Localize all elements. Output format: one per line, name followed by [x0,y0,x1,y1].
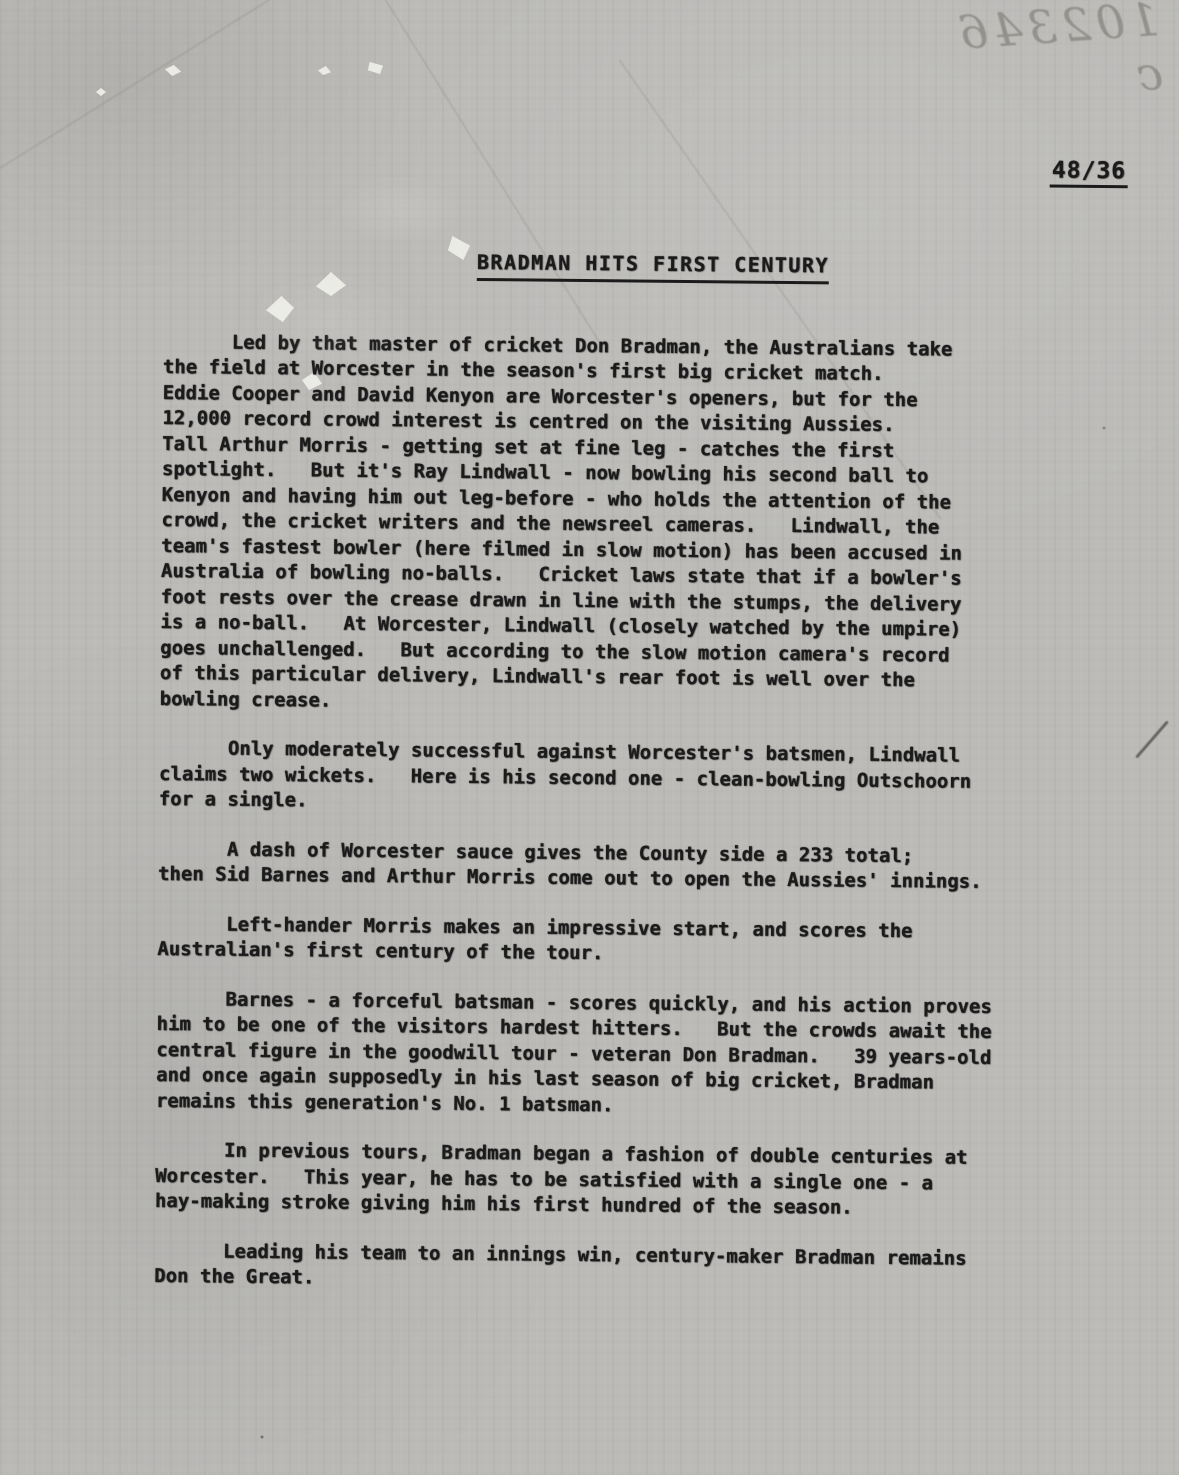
typed-content: 48/36 BRADMAN HITS FIRST CENTURY Led by … [154,150,1027,1322]
paragraph-5: Barnes - a forceful batsman - scores qui… [156,986,1019,1122]
paragraph-2: Only moderately successful against Worce… [159,736,1022,821]
reference-number: 48/36 [1050,158,1129,187]
pencil-tick-mark [1135,720,1169,758]
paper-damage-speck [165,65,181,76]
bleedthrough-handwritten-number: 102346 c [928,0,1162,78]
document-title: BRADMAN HITS FIRST CENTURY [477,250,829,284]
paragraph-3: A dash of Worcester sauce gives the Coun… [158,836,1020,895]
paragraph-6: In previous tours, Bradman began a fashi… [155,1138,1018,1223]
paper-damage-speck [318,66,331,75]
paragraph-4: Left-hander Morris makes an impressive s… [157,911,1019,970]
paper-damage-speck [368,62,383,74]
scanned-document-page: 102346 c 48/36 BRADMAN HITS FIRST CENTUR… [0,0,1179,1475]
paper-damage-speck [96,88,106,96]
paragraph-7: Leading his team to an innings win, cent… [154,1238,1016,1297]
paragraph-1: Led by that master of cricket Don Bradma… [160,329,1026,720]
